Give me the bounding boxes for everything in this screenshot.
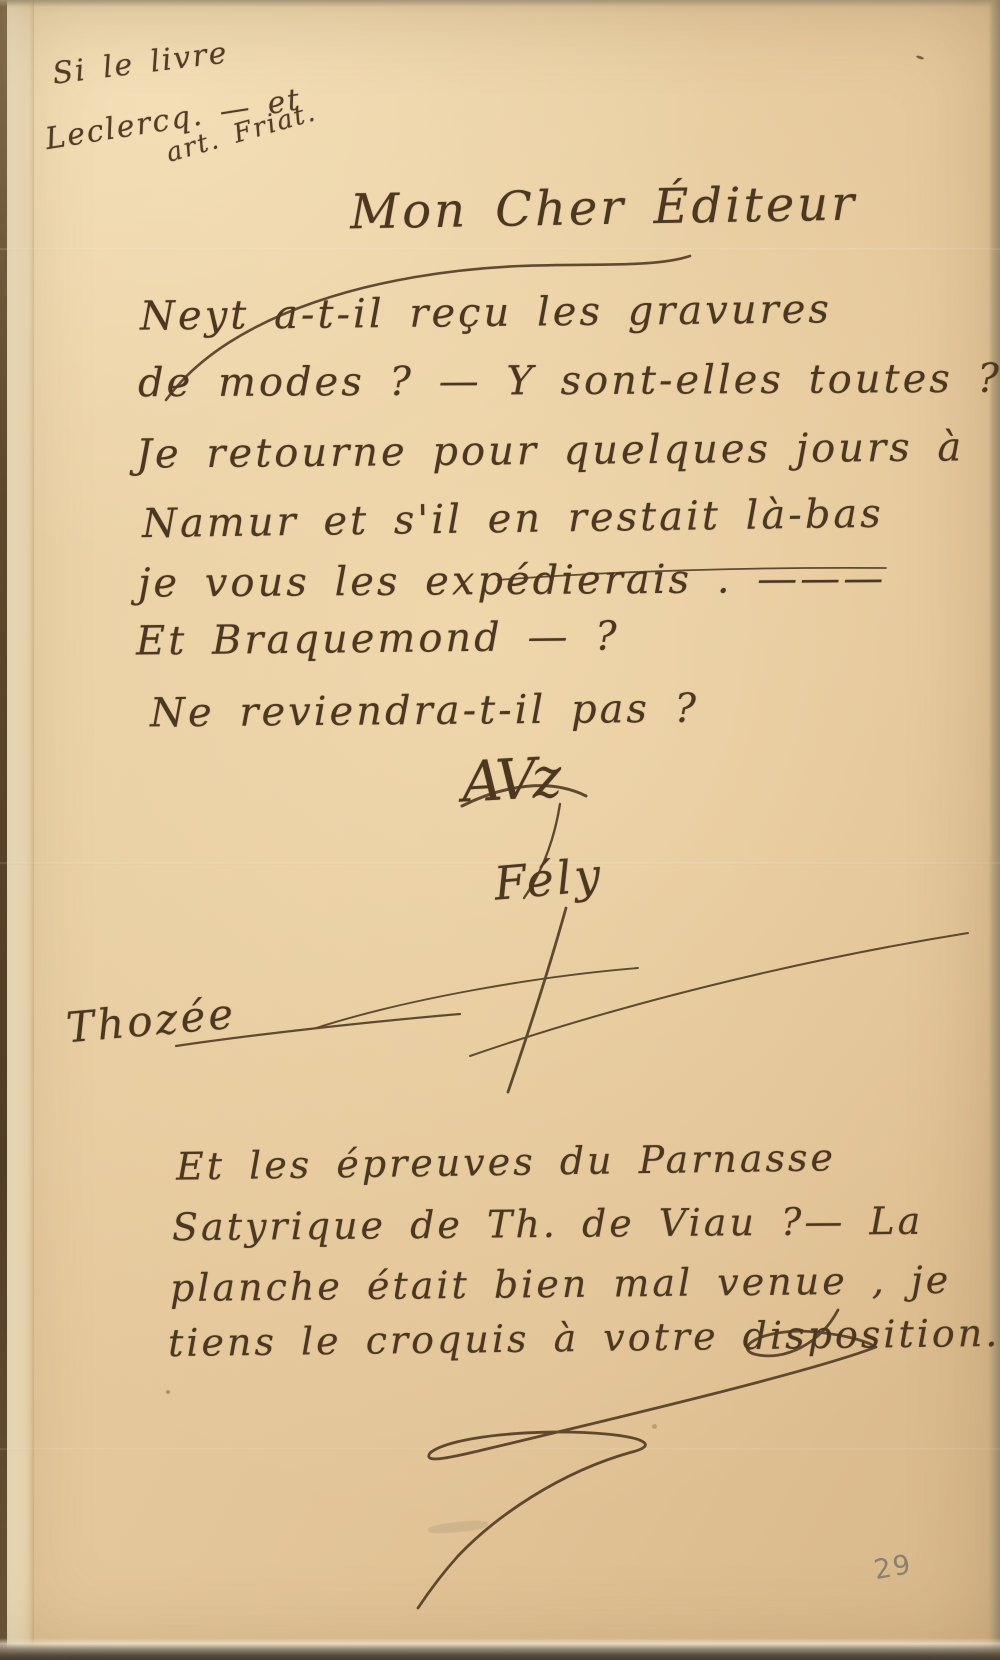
body-line: Ne reviendra-t-il pas ? xyxy=(150,686,700,737)
signature: Fély xyxy=(492,847,606,910)
paper-speck xyxy=(166,1390,170,1394)
postscript-line: Satyrique de Th. de Viau ?— La xyxy=(172,1199,924,1250)
scan-edge-right xyxy=(989,0,1000,1660)
paper-crease xyxy=(0,248,1000,251)
ink-speck xyxy=(916,55,925,60)
signature-sweep-long xyxy=(470,933,968,1056)
body-line: je vous les expédierais . ——— xyxy=(138,555,887,606)
postscript-line: planche était bien mal venue , je xyxy=(170,1258,952,1310)
page-number: 29 xyxy=(872,1549,915,1586)
place-line: Thozée xyxy=(64,989,238,1053)
paper-crease xyxy=(0,1448,1000,1451)
scanned-letter-page: Si le livre Leclercq. — et art. Friat. M… xyxy=(0,0,1000,1660)
annotation-line: Si le livre xyxy=(51,35,231,91)
body-line: Neyt a-t-il reçu les gravures xyxy=(140,286,832,339)
body-line: Je retourne pour quelques jours à xyxy=(136,424,965,477)
postscript-line: Et les épreuves du Parnasse xyxy=(176,1135,837,1188)
scan-edge-top xyxy=(0,0,1000,7)
signature-sweep-short xyxy=(316,968,638,1028)
scan-vignette xyxy=(0,0,1000,1660)
paper-speck xyxy=(652,1424,657,1429)
pencil-smudge xyxy=(428,1519,489,1535)
album-page-edge-left xyxy=(7,0,34,1660)
monogram: AVz xyxy=(460,746,559,816)
binding-gutter-edge xyxy=(0,0,7,1660)
scan-edge-bottom xyxy=(0,1638,1000,1660)
body-line: Et Braquemond — ? xyxy=(136,613,620,664)
body-line: de modes ? — Y sont-elles toutes ?; xyxy=(138,356,1000,407)
salutation: Mon Cher Éditeur xyxy=(350,176,858,241)
postscript-line: tiens le croquis à votre disposition. xyxy=(168,1311,1000,1365)
signature-descender xyxy=(508,908,566,1092)
ink-flourishes-layer xyxy=(0,0,1000,1660)
body-line: Namur et s'il en restait là-bas xyxy=(142,491,884,547)
